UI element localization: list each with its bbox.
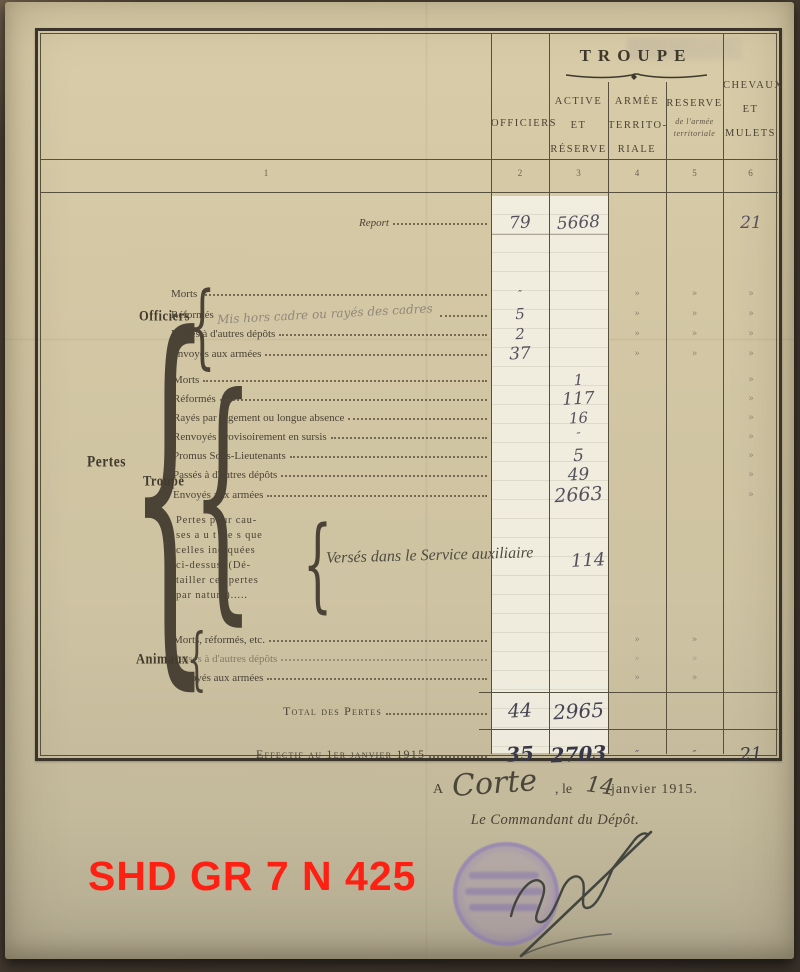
col-number-3: 3 bbox=[549, 168, 608, 178]
col-header-territoriale: ARMÉE TERRITO- RIALE bbox=[608, 90, 666, 162]
officiers-envoyes-value: 37 bbox=[491, 342, 550, 365]
col-number-5: 5 bbox=[666, 168, 723, 178]
autres-line3: celles indiquées bbox=[176, 545, 256, 556]
dotted-leader bbox=[201, 293, 487, 296]
col-header-officiers: OFFICIERS bbox=[491, 112, 549, 136]
table-body: Report 79 5668 21 Pertes { bbox=[41, 192, 778, 754]
dotted-leader bbox=[440, 314, 487, 317]
effectif-active-value: 2703 bbox=[548, 740, 608, 767]
autres-line2: ses a u t r e s que bbox=[176, 530, 263, 541]
col-header-territoriale-line2: TERRITO- bbox=[608, 120, 668, 131]
ditto-mark: » bbox=[723, 394, 779, 404]
at-label: A bbox=[433, 782, 445, 798]
ditto-mark: » bbox=[608, 654, 666, 664]
ditto-mark: » bbox=[608, 289, 666, 299]
officiers-row-passes: Passés à d'autres dépôts 2 » » » bbox=[41, 324, 778, 344]
row-label: Renvoyés provisoirement en sursis bbox=[173, 431, 327, 443]
row-label: Promus Sous-Lieutenants bbox=[173, 450, 286, 462]
col-number-4: 4 bbox=[608, 168, 666, 178]
total-officiers-value: 44 bbox=[490, 698, 549, 723]
col-header-active-line3: RÉSERVE bbox=[550, 144, 606, 155]
col-header-territoriale-line1: ARMÉE bbox=[615, 96, 659, 107]
paper-sheet: TROUPE OFFICIERS ACTIVE ET RÉSERVE ARMÉE… bbox=[5, 2, 794, 959]
report-chevaux-value: 21 bbox=[723, 213, 779, 233]
ditto-mark: » bbox=[723, 490, 779, 500]
col-number-1: 1 bbox=[41, 168, 491, 178]
row-label: Passés à d'autres dépôts bbox=[171, 328, 275, 340]
ditto-mark: » bbox=[723, 329, 779, 339]
row-label: Réformés bbox=[173, 393, 216, 405]
report-active-value: 5668 bbox=[549, 211, 609, 234]
ditto-mark: » bbox=[666, 289, 723, 299]
place-date-line: A Corte , le 14 janvier 1915. bbox=[5, 772, 794, 812]
dotted-leader bbox=[348, 417, 487, 420]
report-row: Report 79 5668 21 bbox=[41, 200, 778, 246]
col-header-chevaux-line3: MULETS bbox=[725, 128, 776, 139]
troupe-envoyes-value: 2663 bbox=[548, 482, 608, 507]
col-header-reserve: RESERVE de l'armée territoriale bbox=[666, 92, 723, 140]
dotted-leader bbox=[267, 494, 487, 497]
autres-line5: tailler ces pertes bbox=[176, 575, 259, 586]
troupe-row-renvoyes: Renvoyés provisoirement en sursis ″ » bbox=[41, 427, 778, 446]
row-label: Envoyés aux armées bbox=[173, 489, 263, 501]
ditto-mark: » bbox=[723, 375, 779, 385]
date-prefix: , le bbox=[555, 782, 572, 798]
officiers-passes-value: 2 bbox=[491, 323, 550, 344]
losses-table: TROUPE OFFICIERS ACTIVE ET RÉSERVE ARMÉE… bbox=[41, 34, 776, 755]
total-active-value: 2965 bbox=[548, 697, 608, 724]
dotted-leader bbox=[331, 436, 487, 439]
ditto-mark: » bbox=[666, 309, 723, 319]
animaux-row-passes: Passés à d'autres dépôts » » bbox=[41, 649, 778, 668]
ditto-mark: » bbox=[666, 349, 723, 359]
ditto-mark: » bbox=[666, 635, 723, 645]
autres-active-value: 114 bbox=[570, 549, 605, 572]
ditto-mark: » bbox=[723, 470, 779, 480]
col-header-chevaux-line1: CHEVAUX bbox=[723, 80, 783, 91]
dotted-leader bbox=[267, 677, 487, 680]
handwritten-place: Corte bbox=[451, 763, 538, 804]
troupe-row-passes: Passés à d'autres dépôts 49 » bbox=[41, 465, 778, 484]
col-header-reserve-line3: territoriale bbox=[666, 128, 723, 140]
col-header-chevaux-line2: ET bbox=[743, 104, 759, 115]
col-header-reserve-line1: RESERVE bbox=[666, 98, 722, 109]
autres-line1: Pertes pour cau- bbox=[176, 515, 257, 526]
effectif-chevaux-value: 21 bbox=[722, 742, 779, 766]
animaux-row-envoyes: Envoyés aux armées » » bbox=[41, 668, 778, 687]
ditto-mark: » bbox=[608, 329, 666, 339]
date-rest: janvier 1915. bbox=[611, 782, 698, 798]
troupe-span-header: TROUPE bbox=[549, 46, 723, 66]
col-header-active: ACTIVE ET RÉSERVE bbox=[549, 90, 608, 162]
dotted-leader bbox=[393, 222, 487, 225]
animaux-row-morts: Morts, réformés, etc. » » bbox=[41, 630, 778, 649]
officiers-reformes-value: 5 bbox=[491, 303, 550, 324]
col-header-active-line1: ACTIVE bbox=[555, 96, 603, 107]
row-label: Passés à d'autres dépôts bbox=[173, 469, 277, 481]
autres-line4: ci-dessus. (Dé- bbox=[176, 560, 251, 571]
row-label: Passés à d'autres dépôts bbox=[173, 653, 277, 665]
officiers-row-morts: Morts ″ » » » bbox=[41, 284, 778, 304]
report-label: Report bbox=[359, 217, 389, 229]
total-row-top-rule bbox=[479, 692, 778, 693]
ditto-mark: » bbox=[608, 309, 666, 319]
table-frame: TROUPE OFFICIERS ACTIVE ET RÉSERVE ARMÉE… bbox=[35, 28, 782, 761]
row-label: Rayés par jugement ou longue absence bbox=[173, 412, 344, 424]
report-officiers-value: 79 bbox=[491, 211, 550, 234]
ditto-mark: » bbox=[608, 349, 666, 359]
col-number-6: 6 bbox=[723, 168, 778, 178]
ditto-mark: » bbox=[608, 673, 666, 683]
troupe-row-envoyes: Envoyés aux armées 2663 » bbox=[41, 484, 778, 503]
scanned-document-photo: TROUPE OFFICIERS ACTIVE ET RÉSERVE ARMÉE… bbox=[0, 0, 800, 972]
dotted-leader bbox=[220, 398, 487, 401]
col-number-2: 2 bbox=[491, 168, 549, 178]
handwritten-signature bbox=[483, 824, 668, 964]
ditto-mark: » bbox=[608, 635, 666, 645]
ditto-mark: » bbox=[723, 309, 779, 319]
effectif-label: Effectif au 1er janvier 1915 bbox=[256, 747, 425, 762]
troupe-renvoyes-value: ″ bbox=[549, 430, 608, 443]
troupe-row-promus: Promus Sous-Lieutenants 5 » bbox=[41, 446, 778, 465]
ditto-mark: » bbox=[666, 654, 723, 664]
column-numbers-row: 1 2 3 4 5 6 bbox=[41, 159, 776, 192]
ditto-mark: » bbox=[723, 432, 779, 442]
dotted-leader bbox=[279, 333, 487, 336]
total-pertes-row: Total des Pertes 44 2965 bbox=[41, 694, 778, 728]
col-header-reserve-line2: de l'armée bbox=[666, 116, 723, 128]
troupe-row-morts: Morts 1 » bbox=[41, 370, 778, 389]
row-label: Morts bbox=[173, 374, 199, 386]
officiers-row-reformes: Réformés Mis hors cadre ou rayés des cad… bbox=[41, 304, 778, 324]
dotted-leader bbox=[265, 353, 487, 356]
dotted-leader bbox=[290, 455, 487, 458]
troupe-row-rayes: Rayés par jugement ou longue absence 16 … bbox=[41, 408, 778, 427]
troupe-row-reformes: Réformés 117 » bbox=[41, 389, 778, 408]
officiers-morts-value: ″ bbox=[491, 288, 549, 301]
table-frame-inner: TROUPE OFFICIERS ACTIVE ET RÉSERVE ARMÉE… bbox=[40, 33, 777, 756]
row-label: Morts bbox=[171, 288, 197, 300]
dotted-leader bbox=[203, 379, 487, 382]
ditto-mark: » bbox=[666, 673, 723, 683]
dotted-leader bbox=[281, 658, 487, 661]
report-underline bbox=[491, 234, 608, 235]
col-header-chevaux: CHEVAUX ET MULETS bbox=[723, 74, 778, 146]
ditto-mark: » bbox=[723, 289, 779, 299]
ditto-mark: » bbox=[723, 413, 779, 423]
dotted-leader bbox=[281, 474, 487, 477]
col-header-territoriale-line3: RIALE bbox=[618, 144, 656, 155]
row-label: Envoyés aux armées bbox=[173, 672, 263, 684]
troupe-rayes-value: 16 bbox=[549, 407, 609, 428]
effectif-territoriale-value: ″ bbox=[608, 748, 666, 761]
dotted-leader bbox=[429, 755, 487, 758]
ditto-mark: » bbox=[723, 451, 779, 461]
effectif-row-top-rule bbox=[479, 729, 778, 730]
row-label: Réformés bbox=[171, 309, 214, 321]
effectif-row: Effectif au 1er janvier 1915 35 2703 ″ ″… bbox=[41, 732, 778, 776]
row-label: Morts, réformés, etc. bbox=[173, 634, 265, 646]
ditto-mark: » bbox=[666, 329, 723, 339]
autres-line6: par nature)..... bbox=[176, 590, 248, 601]
archive-reference-overlay: SHD GR 7 N 425 bbox=[88, 853, 416, 900]
total-pertes-label: Total des Pertes bbox=[283, 704, 382, 719]
effectif-reserve-value: ″ bbox=[666, 748, 723, 761]
handwritten-annotation: Mis hors cadre ou rayés des cadres bbox=[217, 301, 433, 326]
dotted-leader bbox=[386, 712, 487, 715]
ditto-mark: » bbox=[723, 349, 779, 359]
officiers-row-envoyes: Envoyés aux armées 37 » » » bbox=[41, 344, 778, 364]
troupe-swash-ornament bbox=[564, 72, 709, 82]
col-header-active-line2: ET bbox=[571, 120, 587, 131]
dotted-leader bbox=[269, 639, 487, 642]
